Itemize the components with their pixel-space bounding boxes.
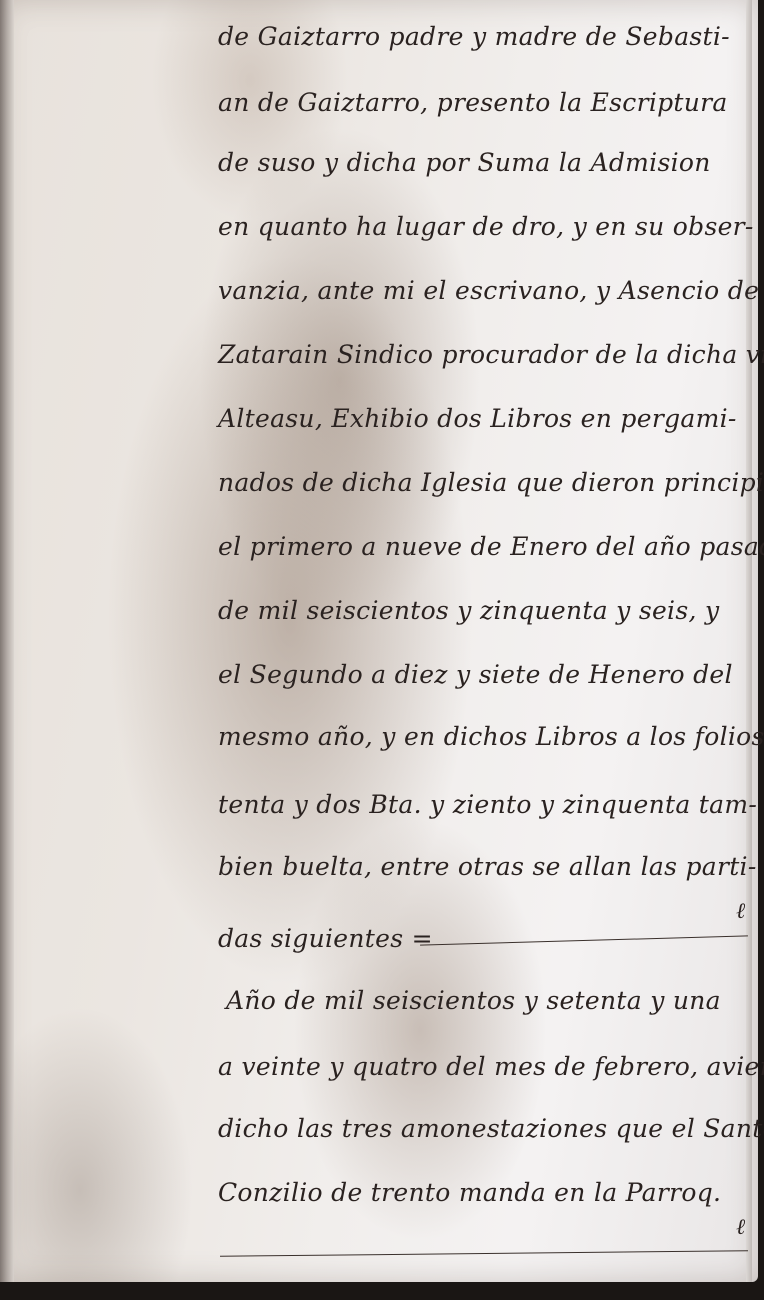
fill-line bbox=[420, 935, 748, 945]
flourish-mark: ℓ bbox=[736, 898, 745, 924]
page-edge bbox=[746, 0, 752, 1282]
manuscript-line-9: el primero a nueve de Enero del año pasa… bbox=[218, 532, 764, 561]
manuscript-line-8: nados de dicha Iglesia que dieron princi… bbox=[218, 468, 764, 497]
manuscript-line-4: en quanto ha lugar de dro, y en su obser… bbox=[218, 212, 754, 241]
manuscript-line-15: das siguientes = bbox=[218, 924, 433, 953]
manuscript-line-19: Conzilio de trento manda en la Parroq. bbox=[218, 1178, 721, 1207]
manuscript-line-11: el Segundo a diez y siete de Henero del bbox=[218, 660, 733, 689]
flourish-mark-bottom: ℓ bbox=[736, 1214, 745, 1240]
manuscript-line-18: dicho las tres amonestaziones que el San… bbox=[218, 1114, 764, 1143]
manuscript-line-13: tenta y dos Bta. y ziento y zinquenta ta… bbox=[218, 790, 757, 819]
manuscript-line-10: de mil seiscientos y zinquenta y seis, y bbox=[218, 596, 719, 625]
binding-spine bbox=[0, 0, 14, 1282]
manuscript-line-3: de suso y dicha por Suma la Admision bbox=[218, 148, 711, 177]
manuscript-page: de Gaiztarro padre y madre de Sebasti- a… bbox=[0, 0, 758, 1282]
manuscript-line-12: mesmo año, y en dichos Libros a los foli… bbox=[218, 722, 764, 751]
closing-rule bbox=[220, 1250, 748, 1257]
manuscript-line-1: de Gaiztarro padre y madre de Sebasti- bbox=[218, 22, 730, 51]
manuscript-line-5: vanzia, ante mi el escrivano, y Asencio … bbox=[218, 276, 759, 305]
manuscript-line-14: bien buelta, entre otras se allan las pa… bbox=[218, 852, 757, 881]
manuscript-line-17: a veinte y quatro del mes de febrero, av… bbox=[218, 1052, 764, 1081]
manuscript-line-16: Año de mil seiscientos y setenta y una bbox=[226, 986, 721, 1015]
manuscript-line-7: Alteasu, Exhibio dos Libros en pergami- bbox=[218, 404, 737, 433]
manuscript-line-2: an de Gaiztarro, presento la Escriptura bbox=[218, 88, 728, 117]
manuscript-line-6: Zatarain Sindico procurador de la dicha … bbox=[218, 340, 764, 369]
